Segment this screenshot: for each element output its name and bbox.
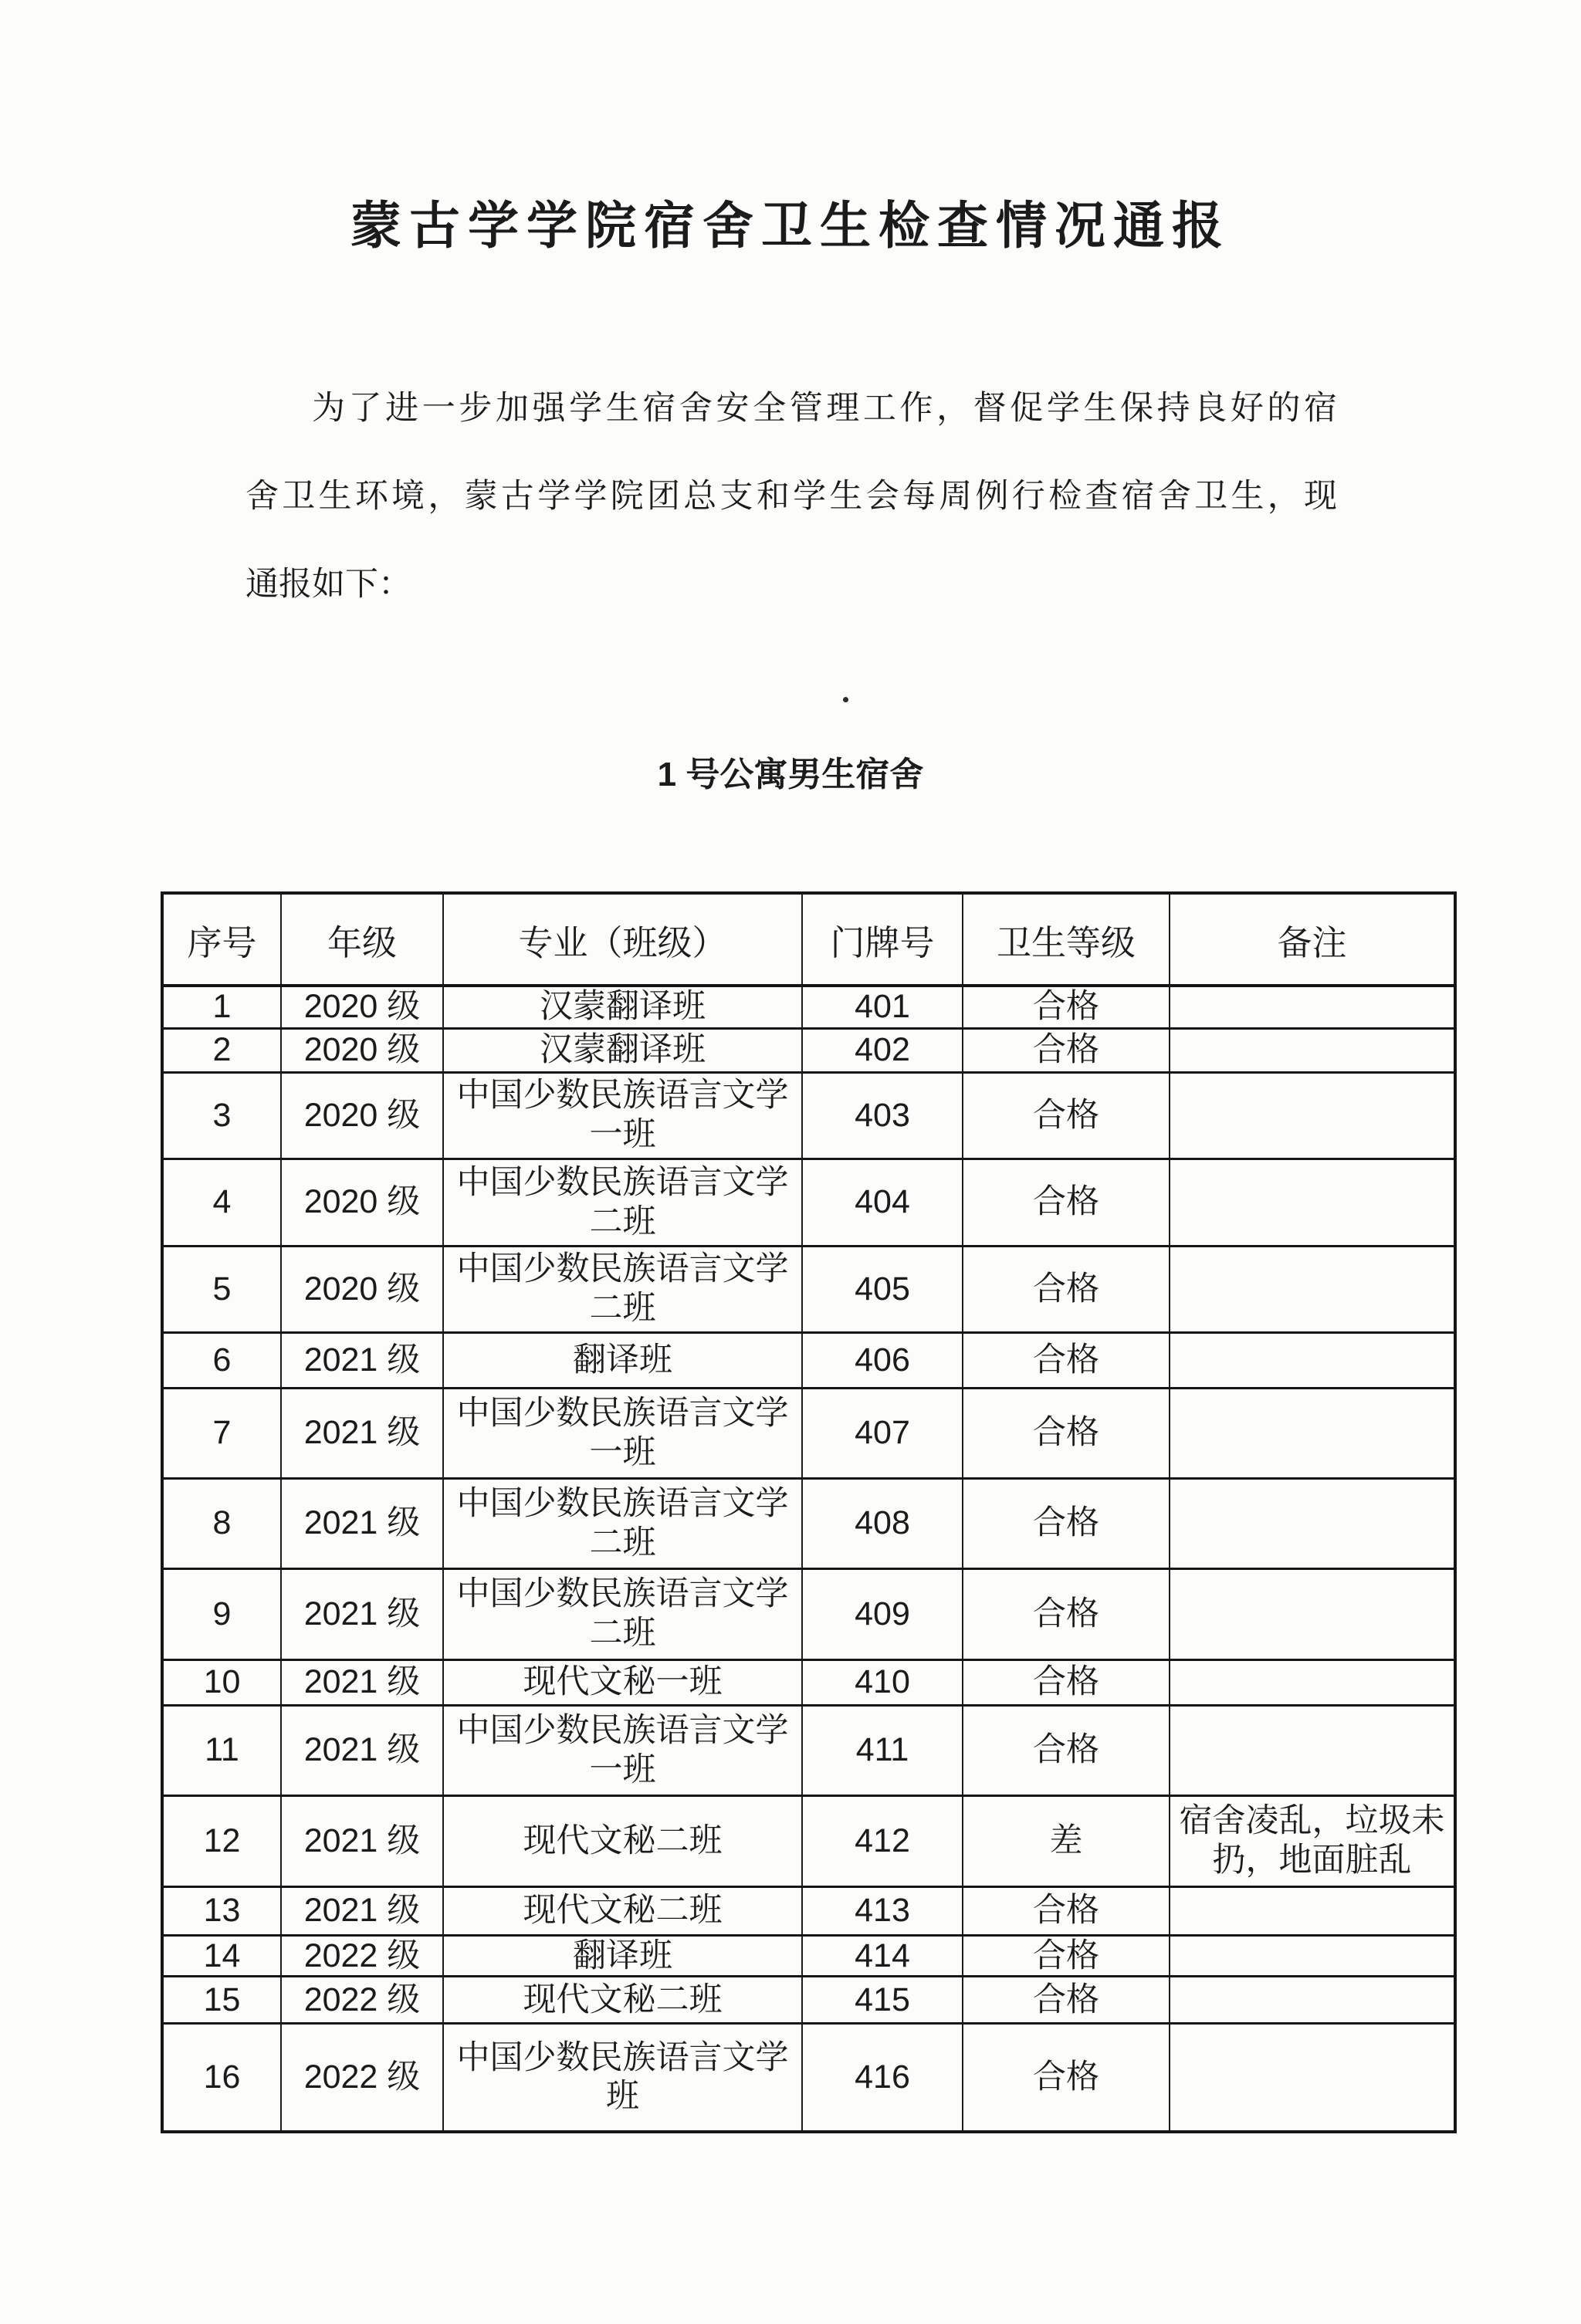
table-header-row: 序号 年级 专业（班级） 门牌号 卫生等级 备注: [162, 893, 1455, 986]
cell-major-class: 中国少数民族语言文学一班: [443, 1072, 802, 1159]
cell-grade: 2020 级: [281, 1159, 443, 1246]
cell-serial-number: 6: [162, 1332, 281, 1388]
cell-room-number: 414: [802, 1935, 963, 1977]
cell-room-number: 401: [802, 986, 963, 1028]
cell-hygiene-rating: 合格: [963, 1246, 1170, 1332]
cell-hygiene-rating: 合格: [963, 1388, 1170, 1478]
cell-major-class: 汉蒙翻译班: [443, 1028, 802, 1072]
table-row: 12 2021 级 现代文秘二班 412 差 宿舍凌乱，垃圾未扔，地面脏乱: [162, 1795, 1455, 1886]
cell-room-number: 408: [802, 1478, 963, 1568]
table-row: 2 2020 级 汉蒙翻译班 402 合格: [162, 1028, 1455, 1072]
cell-grade: 2022 级: [281, 1977, 443, 2024]
cell-remarks: [1170, 1388, 1455, 1478]
cell-grade: 2020 级: [281, 986, 443, 1028]
cell-major-class: 中国少数民族语言文学二班: [443, 1568, 802, 1659]
cell-grade: 2021 级: [281, 1478, 443, 1568]
table-row: 8 2021 级 中国少数民族语言文学二班 408 合格: [162, 1478, 1455, 1568]
cell-grade: 2020 级: [281, 1028, 443, 1072]
cell-remarks: [1170, 1886, 1455, 1935]
cell-grade: 2021 级: [281, 1886, 443, 1935]
cell-serial-number: 7: [162, 1388, 281, 1478]
cell-room-number: 407: [802, 1388, 963, 1478]
cell-major-class: 现代文秘二班: [443, 1977, 802, 2024]
table-row: 6 2021 级 翻译班 406 合格: [162, 1332, 1455, 1388]
cell-room-number: 405: [802, 1246, 963, 1332]
cell-grade: 2021 级: [281, 1705, 443, 1795]
cell-room-number: 412: [802, 1795, 963, 1886]
cell-grade: 2021 级: [281, 1332, 443, 1388]
header-grade: 年级: [281, 893, 443, 986]
table-row: 11 2021 级 中国少数民族语言文学一班 411 合格: [162, 1705, 1455, 1795]
cell-remarks: [1170, 1935, 1455, 1977]
cell-grade: 2021 级: [281, 1388, 443, 1478]
cell-grade: 2021 级: [281, 1659, 443, 1705]
cell-major-class: 汉蒙翻译班: [443, 986, 802, 1028]
cell-room-number: 402: [802, 1028, 963, 1072]
cell-grade: 2022 级: [281, 1935, 443, 1977]
cell-hygiene-rating: 合格: [963, 1072, 1170, 1159]
cell-remarks: [1170, 1705, 1455, 1795]
cell-major-class: 现代文秘一班: [443, 1659, 802, 1705]
cell-hygiene-rating: 差: [963, 1795, 1170, 1886]
cell-major-class: 中国少数民族语言文学二班: [443, 1159, 802, 1246]
header-serial-number: 序号: [162, 893, 281, 986]
cell-serial-number: 4: [162, 1159, 281, 1246]
table-row: 15 2022 级 现代文秘二班 415 合格: [162, 1977, 1455, 2024]
cell-major-class: 翻译班: [443, 1935, 802, 1977]
document-title: 蒙古学学院宿舍卫生检查情况通报: [0, 191, 1581, 262]
cell-room-number: 403: [802, 1072, 963, 1159]
cell-serial-number: 8: [162, 1478, 281, 1568]
cell-remarks: [1170, 1659, 1455, 1705]
cell-grade: 2020 级: [281, 1246, 443, 1332]
cell-room-number: 409: [802, 1568, 963, 1659]
cell-major-class: 现代文秘二班: [443, 1886, 802, 1935]
cell-serial-number: 2: [162, 1028, 281, 1072]
cell-room-number: 413: [802, 1886, 963, 1935]
cell-major-class: 中国少数民族语言文学一班: [443, 1705, 802, 1795]
cell-hygiene-rating: 合格: [963, 1159, 1170, 1246]
cell-serial-number: 3: [162, 1072, 281, 1159]
cell-remarks: 宿舍凌乱，垃圾未扔，地面脏乱: [1170, 1795, 1455, 1886]
table-row: 5 2020 级 中国少数民族语言文学二班 405 合格: [162, 1246, 1455, 1332]
cell-remarks: [1170, 2024, 1455, 2132]
cell-grade: 2021 级: [281, 1795, 443, 1886]
cell-hygiene-rating: 合格: [963, 1568, 1170, 1659]
cell-room-number: 416: [802, 2024, 963, 2132]
header-remarks: 备注: [1170, 893, 1455, 986]
table-row: 10 2021 级 现代文秘一班 410 合格: [162, 1659, 1455, 1705]
cell-hygiene-rating: 合格: [963, 1935, 1170, 1977]
cell-hygiene-rating: 合格: [963, 1705, 1170, 1795]
cell-room-number: 415: [802, 1977, 963, 2024]
cell-remarks: [1170, 1028, 1455, 1072]
cell-hygiene-rating: 合格: [963, 1659, 1170, 1705]
cell-room-number: 404: [802, 1159, 963, 1246]
cell-hygiene-rating: 合格: [963, 1478, 1170, 1568]
cell-remarks: [1170, 1332, 1455, 1388]
paragraph-line-2: 舍卫生环境，蒙古学学院团总支和学生会每周例行检查宿舍卫生，现: [245, 453, 1337, 541]
cell-remarks: [1170, 1977, 1455, 2024]
cell-serial-number: 10: [162, 1659, 281, 1705]
cell-major-class: 翻译班: [443, 1332, 802, 1388]
table-row: 4 2020 级 中国少数民族语言文学二班 404 合格: [162, 1159, 1455, 1246]
cell-remarks: [1170, 1072, 1455, 1159]
cell-remarks: [1170, 1159, 1455, 1246]
cell-remarks: [1170, 986, 1455, 1028]
cell-hygiene-rating: 合格: [963, 1977, 1170, 2024]
cell-serial-number: 13: [162, 1886, 281, 1935]
dorm-inspection-table: 序号 年级 专业（班级） 门牌号 卫生等级 备注 1 2020 级 汉蒙翻译班 …: [161, 891, 1457, 2133]
cell-remarks: [1170, 1568, 1455, 1659]
cell-room-number: 410: [802, 1659, 963, 1705]
cell-major-class: 现代文秘二班: [443, 1795, 802, 1886]
header-major-class: 专业（班级）: [443, 893, 802, 986]
cell-serial-number: 14: [162, 1935, 281, 1977]
table-row: 16 2022 级 中国少数民族语言文学班 416 合格: [162, 2024, 1455, 2132]
table-body: 1 2020 级 汉蒙翻译班 401 合格 2 2020 级 汉蒙翻译班 402…: [162, 986, 1455, 2132]
paragraph-line-1: 为了进一步加强学生宿舍安全管理工作，督促学生保持良好的宿: [245, 365, 1337, 453]
cell-hygiene-rating: 合格: [963, 1332, 1170, 1388]
cell-serial-number: 15: [162, 1977, 281, 2024]
cell-grade: 2020 级: [281, 1072, 443, 1159]
cell-serial-number: 1: [162, 986, 281, 1028]
scanned-document-page: 蒙古学学院宿舍卫生检查情况通报 为了进一步加强学生宿舍安全管理工作，督促学生保持…: [0, 0, 1581, 2324]
header-room-number: 门牌号: [802, 893, 963, 986]
cell-remarks: [1170, 1478, 1455, 1568]
cell-room-number: 411: [802, 1705, 963, 1795]
cell-serial-number: 9: [162, 1568, 281, 1659]
intro-paragraph: 为了进一步加强学生宿舍安全管理工作，督促学生保持良好的宿 舍卫生环境，蒙古学学院…: [245, 365, 1337, 629]
cell-remarks: [1170, 1246, 1455, 1332]
cell-grade: 2022 级: [281, 2024, 443, 2132]
section-heading: 1 号公寓男生宿舍: [0, 750, 1581, 800]
table-row: 13 2021 级 现代文秘二班 413 合格: [162, 1886, 1455, 1935]
cell-major-class: 中国少数民族语言文学班: [443, 2024, 802, 2132]
table-row: 9 2021 级 中国少数民族语言文学二班 409 合格: [162, 1568, 1455, 1659]
table-row: 1 2020 级 汉蒙翻译班 401 合格: [162, 986, 1455, 1028]
header-hygiene-rating: 卫生等级: [963, 893, 1170, 986]
scan-artifact-dot: [843, 697, 848, 702]
cell-grade: 2021 级: [281, 1568, 443, 1659]
table-row: 7 2021 级 中国少数民族语言文学一班 407 合格: [162, 1388, 1455, 1478]
cell-hygiene-rating: 合格: [963, 986, 1170, 1028]
cell-room-number: 406: [802, 1332, 963, 1388]
cell-serial-number: 11: [162, 1705, 281, 1795]
cell-major-class: 中国少数民族语言文学一班: [443, 1388, 802, 1478]
cell-hygiene-rating: 合格: [963, 1028, 1170, 1072]
cell-hygiene-rating: 合格: [963, 2024, 1170, 2132]
cell-serial-number: 12: [162, 1795, 281, 1886]
cell-serial-number: 5: [162, 1246, 281, 1332]
cell-major-class: 中国少数民族语言文学二班: [443, 1478, 802, 1568]
cell-hygiene-rating: 合格: [963, 1886, 1170, 1935]
cell-serial-number: 16: [162, 2024, 281, 2132]
cell-major-class: 中国少数民族语言文学二班: [443, 1246, 802, 1332]
paragraph-line-3: 通报如下：: [245, 541, 1337, 629]
table-row: 3 2020 级 中国少数民族语言文学一班 403 合格: [162, 1072, 1455, 1159]
table-row: 14 2022 级 翻译班 414 合格: [162, 1935, 1455, 1977]
